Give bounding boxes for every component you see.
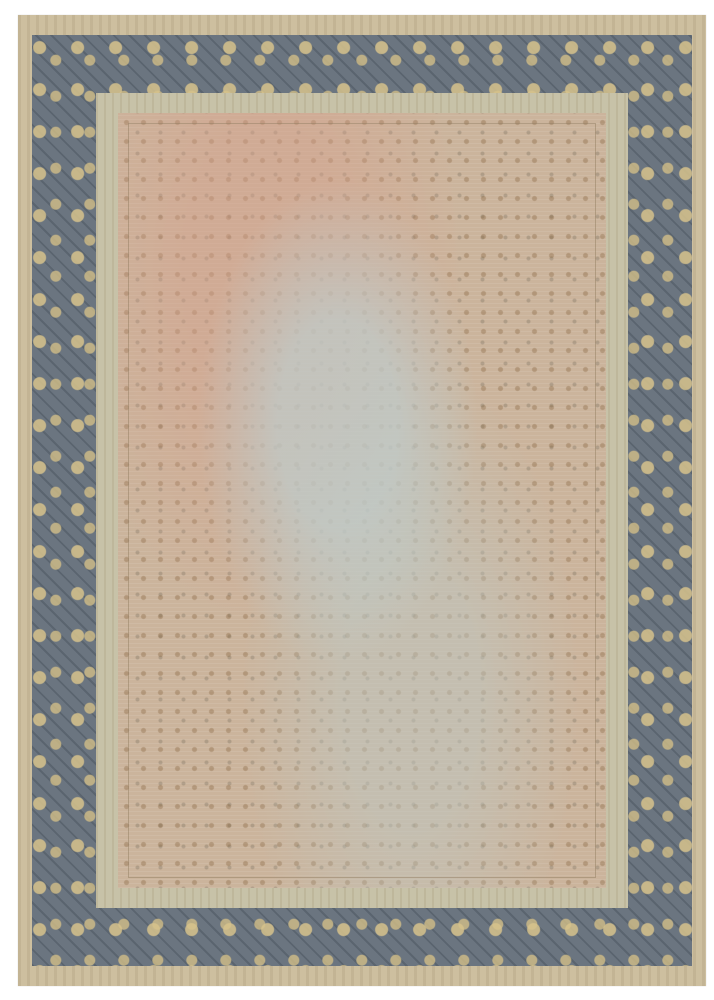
rug-field <box>118 113 606 888</box>
rug-field-outline <box>128 123 596 878</box>
rug <box>18 15 706 986</box>
